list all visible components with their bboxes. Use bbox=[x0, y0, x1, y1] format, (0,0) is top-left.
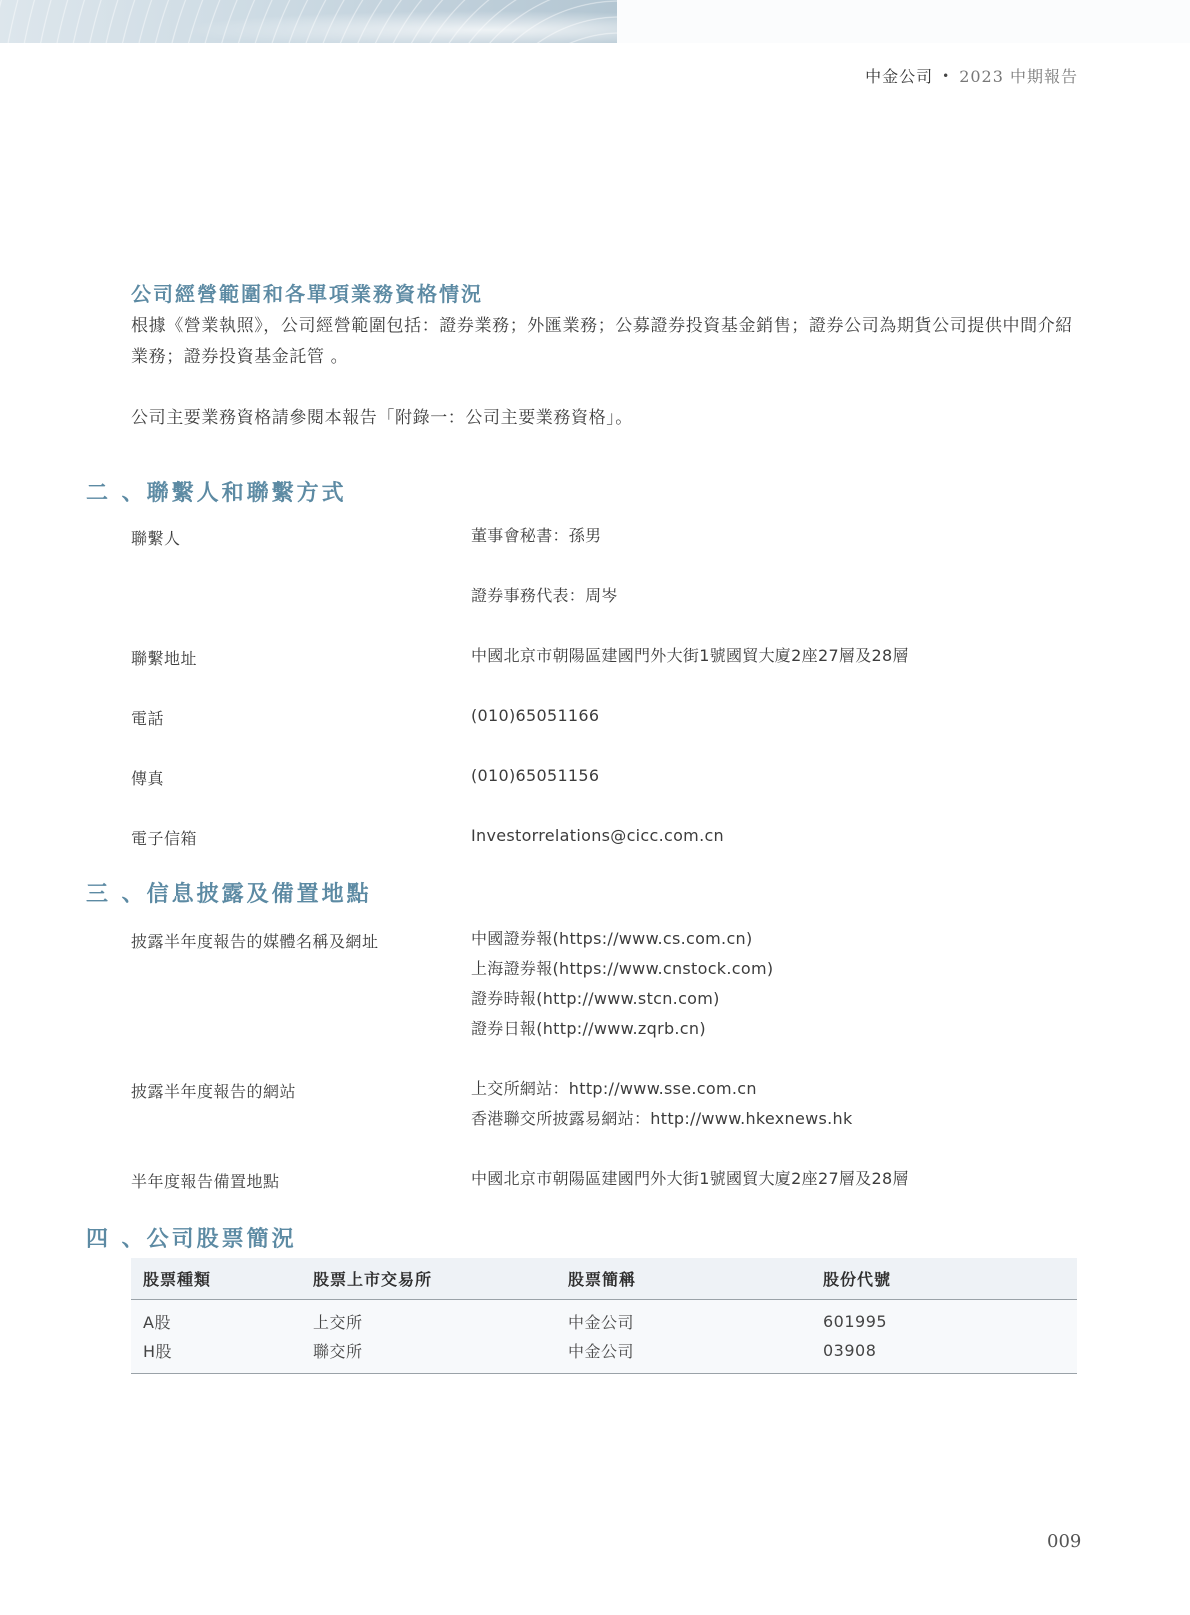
report-location-label: 半年度報告備置地點 bbox=[131, 1169, 280, 1192]
media-link-stcn[interactable]: 證券時報(http://www.stcn.com) bbox=[471, 984, 773, 1014]
contact-person-label: 聯繫人 bbox=[131, 526, 181, 549]
header-report-title: 2023 中期報告 bbox=[959, 64, 1078, 87]
phone-value: (010)65051166 bbox=[471, 701, 599, 731]
stock-section-heading: 四 、公司股票簡況 bbox=[86, 1222, 297, 1253]
contact-address: 中國北京市朝陽區建國門外大街1號國貿大廈2座27層及28層 bbox=[471, 641, 909, 671]
securities-rep-value: 證券事務代表：周岑 bbox=[471, 581, 618, 611]
securities-affairs-representative: 證券事務代表：周岑 bbox=[471, 581, 618, 611]
column-header-stock-code: 股份代號 bbox=[811, 1258, 1077, 1299]
fax-value: (010)65051156 bbox=[471, 761, 599, 791]
cell-stock-short-name: 中金公司 bbox=[556, 1299, 811, 1336]
table-row: H股 聯交所 中金公司 03908 bbox=[131, 1336, 1077, 1373]
media-link-cnstock[interactable]: 上海證券報(https://www.cnstock.com) bbox=[471, 954, 773, 984]
business-scope-paragraph: 根據《營業執照》，公司經營範圍包括：證券業務；外匯業務；公募證券投資基金銷售；證… bbox=[131, 311, 1081, 373]
email-value: Investorrelations@cicc.com.cn bbox=[471, 821, 724, 851]
email-label: 電子信箱 bbox=[131, 826, 197, 849]
table-row: A股 上交所 中金公司 601995 bbox=[131, 1299, 1077, 1336]
websites-list: 上交所網站：http://www.sse.com.cn 香港聯交所披露易網站：h… bbox=[471, 1074, 853, 1134]
board-secretary-value: 董事會秘書：孫男 bbox=[471, 521, 601, 551]
bullet-separator-icon: • bbox=[942, 69, 950, 83]
stock-info-table: 股票種類 股票上市交易所 股票簡稱 股份代號 A股 上交所 中金公司 60199… bbox=[131, 1258, 1077, 1374]
business-scope-title: 公司經營範圍和各單項業務資格情況 bbox=[131, 278, 483, 307]
email-address-link[interactable]: Investorrelations@cicc.com.cn bbox=[471, 821, 724, 851]
website-link-hkexnews[interactable]: 香港聯交所披露易網站：http://www.hkexnews.hk bbox=[471, 1104, 853, 1134]
media-link-cs[interactable]: 中國證券報(https://www.cs.com.cn) bbox=[471, 924, 773, 954]
contact-section-heading: 二 、聯繫人和聯繫方式 bbox=[86, 476, 347, 507]
report-page: 中金公司 • 2023 中期報告 公司經營範圍和各單項業務資格情況 根據《營業執… bbox=[0, 0, 1190, 1615]
column-header-exchange: 股票上市交易所 bbox=[301, 1258, 556, 1299]
fax-label: 傳真 bbox=[131, 766, 164, 789]
cell-exchange: 聯交所 bbox=[301, 1336, 556, 1373]
cell-stock-type: H股 bbox=[131, 1336, 301, 1373]
cell-stock-code: 601995 bbox=[811, 1299, 1077, 1336]
business-qualification-reference: 公司主要業務資格請參閱本報告「附錄一：公司主要業務資格」。 bbox=[131, 403, 1081, 434]
cell-exchange: 上交所 bbox=[301, 1299, 556, 1336]
cell-stock-code: 03908 bbox=[811, 1336, 1077, 1373]
column-header-stock-type: 股票種類 bbox=[131, 1258, 301, 1299]
table-header-row: 股票種類 股票上市交易所 股票簡稱 股份代號 bbox=[131, 1258, 1077, 1299]
phone-label: 電話 bbox=[131, 706, 164, 729]
websites-label: 披露半年度報告的網站 bbox=[131, 1079, 296, 1102]
disclosure-section-heading: 三 、信息披露及備置地點 bbox=[86, 877, 372, 908]
contact-address-value: 中國北京市朝陽區建國門外大街1號國貿大廈2座27層及28層 bbox=[471, 641, 909, 671]
media-label: 披露半年度報告的媒體名稱及網址 bbox=[131, 929, 379, 952]
page-number: 009 bbox=[1047, 1531, 1081, 1552]
cell-stock-type: A股 bbox=[131, 1299, 301, 1336]
header-company: 中金公司 bbox=[865, 64, 933, 87]
running-header: 中金公司 • 2023 中期報告 bbox=[865, 64, 1078, 87]
media-list: 中國證券報(https://www.cs.com.cn) 上海證券報(https… bbox=[471, 924, 773, 1044]
contact-address-label: 聯繫地址 bbox=[131, 646, 197, 669]
website-link-sse[interactable]: 上交所網站：http://www.sse.com.cn bbox=[471, 1074, 853, 1104]
media-link-zqrb[interactable]: 證券日報(http://www.zqrb.cn) bbox=[471, 1014, 773, 1044]
fax-number: (010)65051156 bbox=[471, 761, 599, 791]
phone-number: (010)65051166 bbox=[471, 701, 599, 731]
report-location: 中國北京市朝陽區建國門外大街1號國貿大廈2座27層及28層 bbox=[471, 1164, 909, 1194]
column-header-stock-short-name: 股票簡稱 bbox=[556, 1258, 811, 1299]
decorative-banner-image bbox=[0, 0, 617, 43]
cell-stock-short-name: 中金公司 bbox=[556, 1336, 811, 1373]
board-secretary: 董事會秘書：孫男 bbox=[471, 521, 601, 551]
report-location-value: 中國北京市朝陽區建國門外大街1號國貿大廈2座27層及28層 bbox=[471, 1164, 909, 1194]
